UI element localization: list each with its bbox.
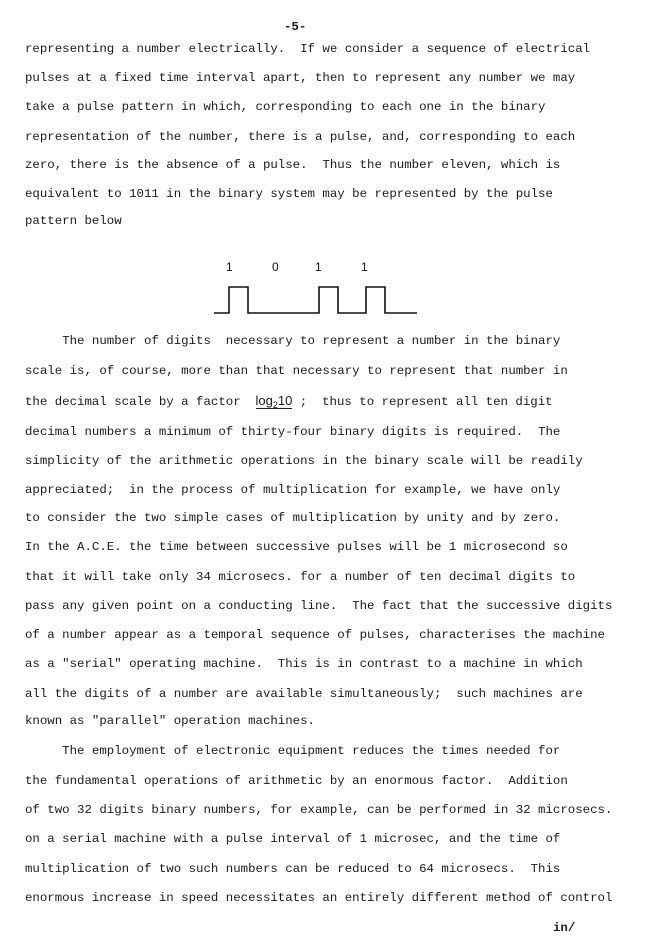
- text-line: appreciated; in the process of multiplic…: [25, 483, 560, 497]
- text-line: simplicity of the arithmetic operations …: [25, 454, 583, 468]
- text-line: enormous increase in speed necessitates …: [25, 891, 612, 905]
- text-line: the fundamental operations of arithmetic…: [25, 774, 568, 788]
- text-line: The number of digits necessary to repres…: [25, 334, 560, 348]
- document-page: -5- representing a number electrically. …: [0, 0, 650, 949]
- text-line: as a "serial" operating machine. This is…: [25, 657, 583, 671]
- text-line: of a number appear as a temporal sequenc…: [25, 628, 605, 642]
- log-text: log: [256, 393, 273, 408]
- text-line: pass any given point on a conducting lin…: [25, 599, 612, 613]
- text-line: known as "parallel" operation machines.: [25, 714, 315, 728]
- text-fragment: the decimal scale by a factor: [25, 395, 256, 409]
- log-formula: log210: [256, 393, 293, 409]
- text-line: scale is, of course, more than that nece…: [25, 364, 568, 378]
- text-line: on a serial machine with a pulse interva…: [25, 832, 560, 846]
- text-line: of two 32 digits binary numbers, for exa…: [25, 803, 612, 817]
- text-fragment: ; thus to represent all ten digit: [292, 395, 552, 409]
- text-line: all the digits of a number are available…: [25, 687, 583, 701]
- text-line: to consider the two simple cases of mult…: [25, 511, 560, 525]
- text-line: that it will take only 34 microsecs. for…: [25, 570, 575, 584]
- log-subscript: 2: [273, 400, 278, 410]
- log-argument: 10: [278, 393, 292, 408]
- continuation-catchword: in/: [553, 921, 575, 935]
- text-line: decimal numbers a minimum of thirty-four…: [25, 425, 560, 439]
- text-line-with-formula: the decimal scale by a factor log210 ; t…: [25, 394, 553, 409]
- text-line: In the A.C.E. the time between successiv…: [25, 540, 568, 554]
- text-line: The employment of electronic equipment r…: [25, 744, 560, 758]
- text-line: multiplication of two such numbers can b…: [25, 862, 560, 876]
